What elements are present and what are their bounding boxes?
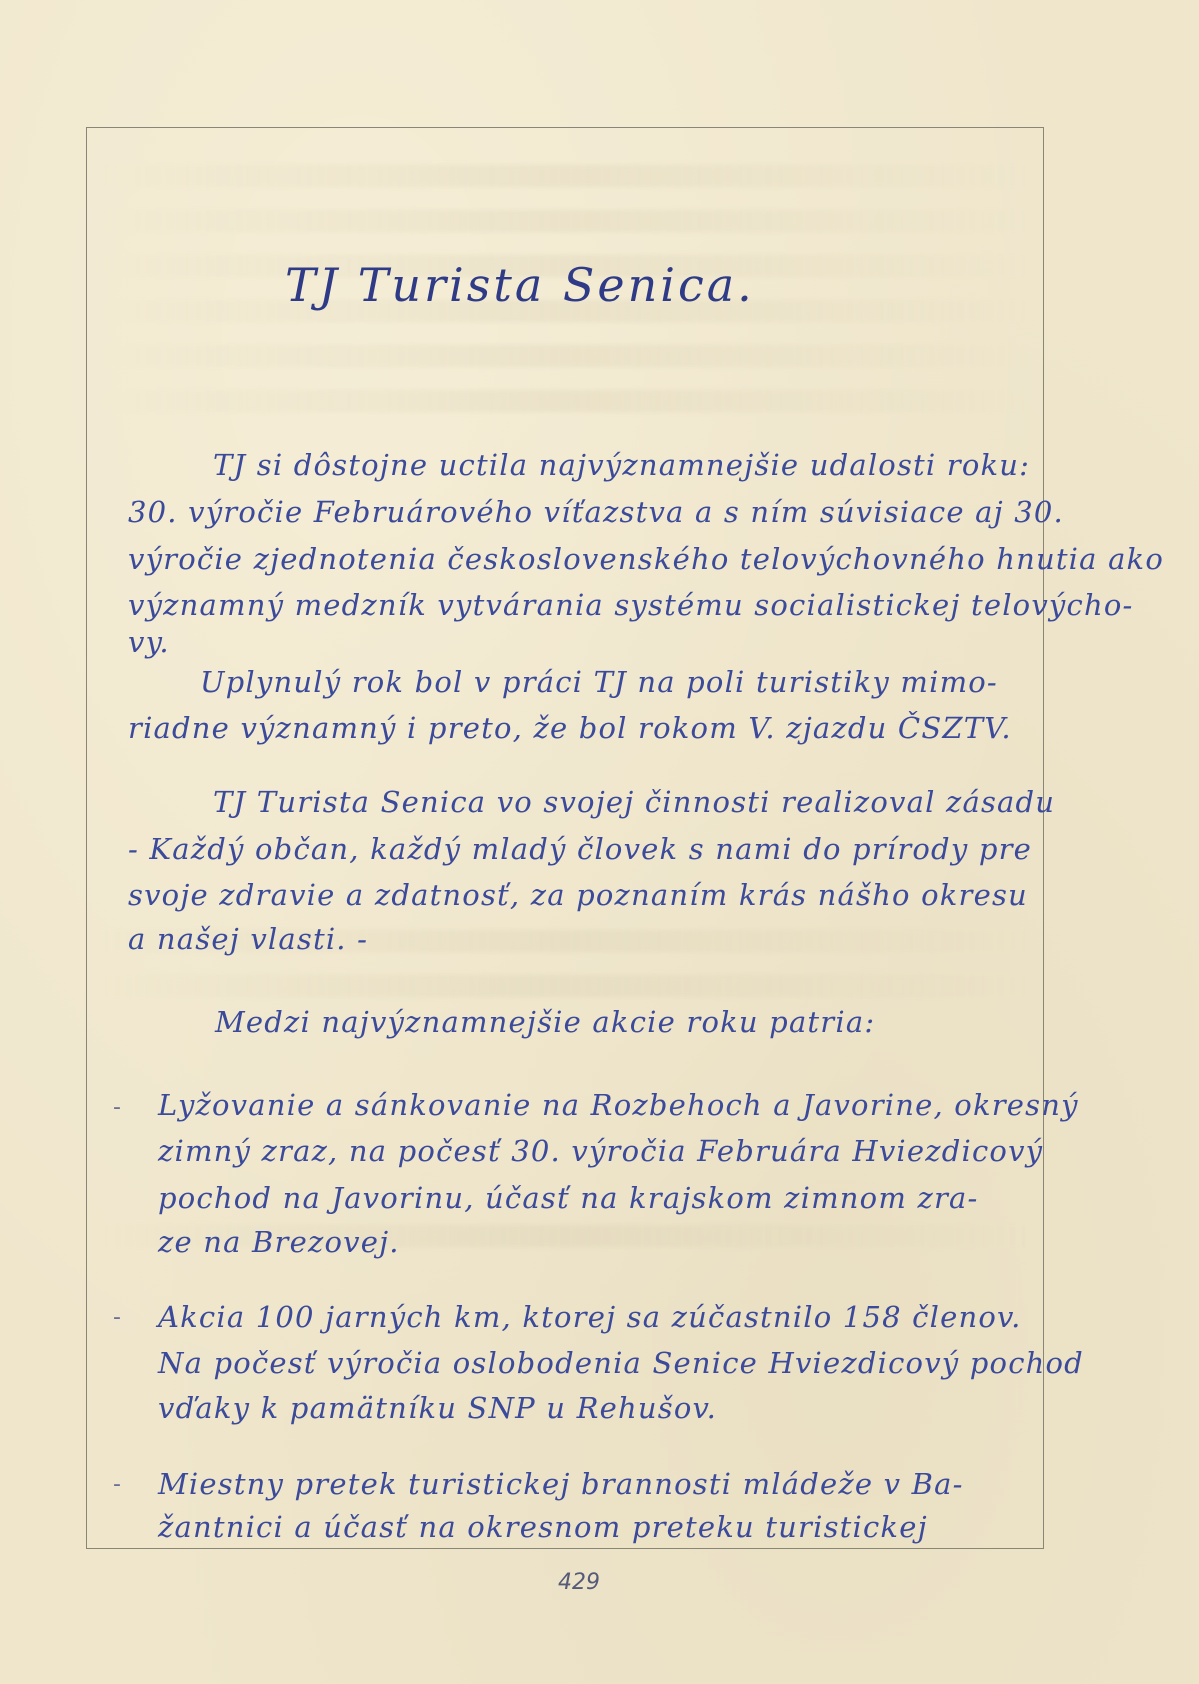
bullet-1-line-3: pochod na Javorinu, účasť na krajskom zi… (158, 1181, 979, 1215)
paragraph-1-line-1: TJ si dôstojne uctila najvýznamnejšie ud… (213, 448, 1030, 482)
bullet-2-line-2: Na počesť výročia oslobodenia Senice Hvi… (158, 1346, 1084, 1380)
paragraph-3-line-1: TJ Turista Senica vo svojej činnosti rea… (213, 785, 1055, 819)
bullet-1-line-2: zimný zraz, na počesť 30. výročia Februá… (158, 1134, 1043, 1168)
page-number: 429 (558, 1570, 600, 1595)
bullet-marker: - (113, 1305, 121, 1330)
paragraph-3-line-4: a našej vlasti. - (128, 922, 368, 956)
paragraph-1-line-4: významný medzník vytvárania systému soci… (128, 588, 1134, 622)
paragraph-3-line-3: svoje zdravie a zdatnosť, za poznaním kr… (128, 878, 1028, 912)
bullet-2-line-3: vďaky k pamätníku SNP u Rehušov. (158, 1391, 717, 1425)
paragraph-1-line-2: 30. výročie Februárového víťazstva a s n… (128, 495, 1064, 529)
document-title: TJ Turista Senica. (285, 258, 755, 312)
bullet-3-line-1: Miestny pretek turistickej brannosti mlá… (158, 1467, 964, 1501)
bullet-3-line-2: žantnici a účasť na okresnom preteku tur… (158, 1510, 928, 1544)
bullet-marker: - (113, 1472, 121, 1497)
paragraph-2-line-2: riadne významný i preto, že bol rokom V.… (128, 711, 1012, 745)
bullet-2-line-1: Akcia 100 jarných km, ktorej sa zúčastni… (158, 1300, 1022, 1334)
bullet-marker: - (113, 1095, 121, 1120)
bullet-1-line-4: ze na Brezovej. (158, 1225, 400, 1259)
paragraph-3-line-2: - Každý občan, každý mladý človek s nami… (128, 832, 1032, 866)
paragraph-1-line-5: vy. (128, 625, 170, 659)
bullet-1-line-1: Lyžovanie a sánkovanie na Rozbehoch a Ja… (158, 1088, 1079, 1122)
paragraph-2-line-1: Uplynulý rok bol v práci TJ na poli turi… (200, 665, 998, 699)
section-heading-events: Medzi najvýznamnejšie akcie roku patria: (215, 1005, 875, 1039)
paragraph-1-line-3: výročie zjednotenia československého tel… (128, 542, 1164, 576)
